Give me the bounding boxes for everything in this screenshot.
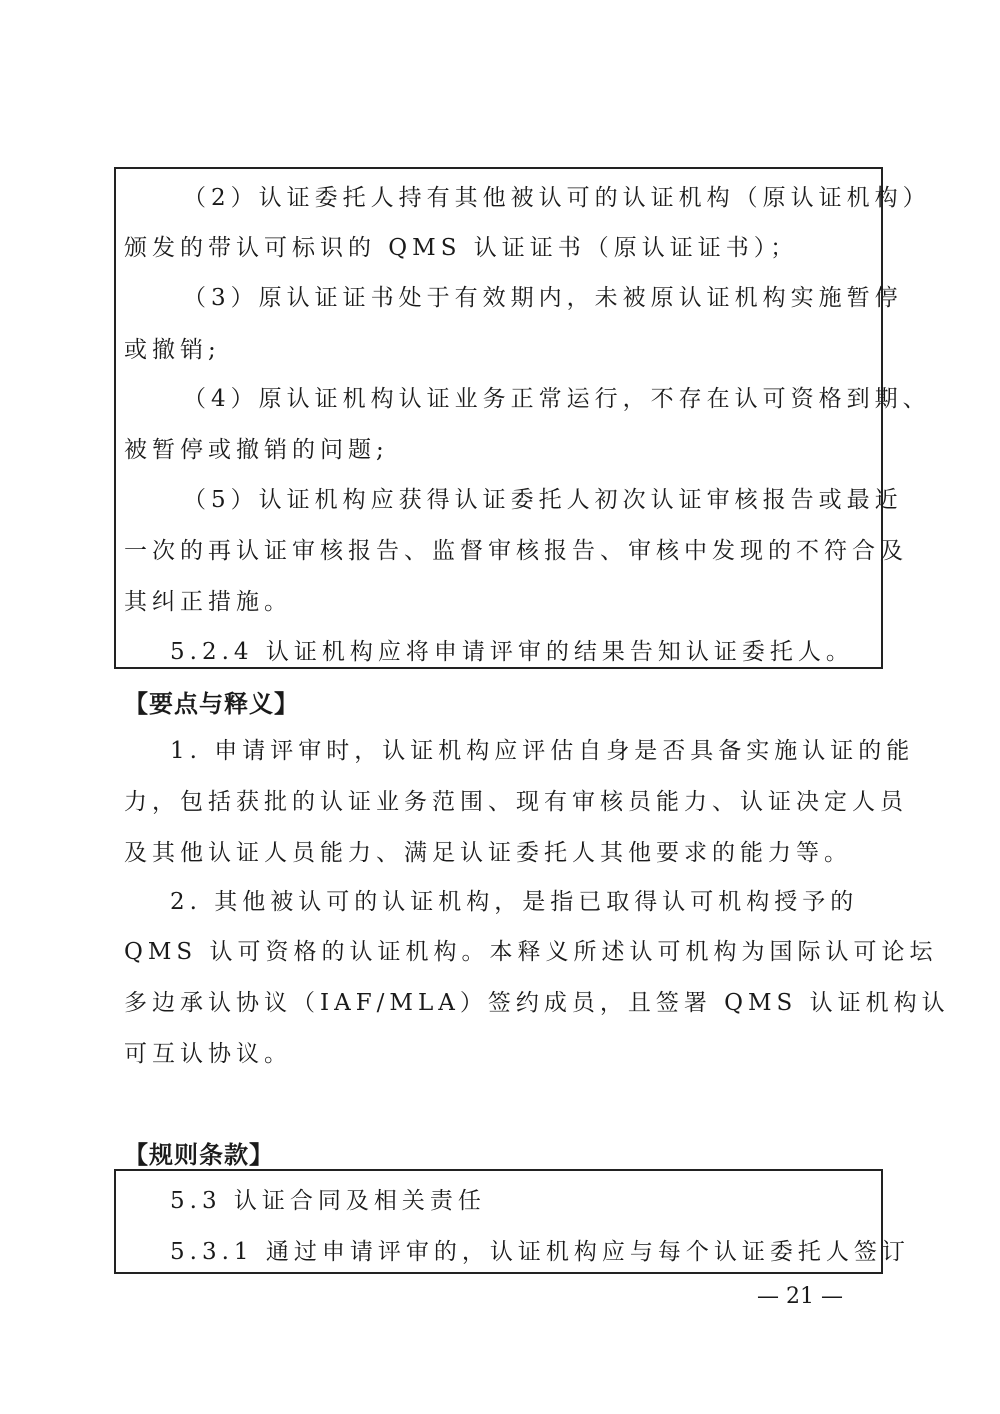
paragraph-line: 2. 其他被认可的认证机构，是指已取得认可机构授予的 (170, 887, 858, 917)
section-heading-key-points: 【要点与释义】 (124, 684, 299, 719)
rule-line: （3）原认证证书处于有效期内，未被原认证机构实施暂停 (183, 283, 903, 313)
rule-line: 被暂停或撤销的问题; (124, 435, 389, 465)
rule-line: （5）认证机构应获得认证委托人初次认证审核报告或最近 (183, 485, 903, 515)
paragraph-line: 及其他认证人员能力、满足认证委托人其他要求的能力等。 (124, 838, 852, 868)
rule-line: （2）认证委托人持有其他被认可的认证机构（原认证机构） (183, 183, 931, 213)
rule-line: （4）原认证机构认证业务正常运行，不存在认可资格到期、 (183, 384, 931, 414)
paragraph-line: 1. 申请评审时，认证机构应评估自身是否具备实施认证的能 (170, 736, 914, 766)
paragraph-line: QMS 认可资格的认证机构。本释义所述认可机构为国际认可论坛 (124, 937, 937, 967)
rule-line: 5.2.4 认证机构应将申请评审的结果告知认证委托人。 (170, 637, 854, 667)
paragraph-line: 多边承认协议（IAF/MLA）签约成员，且签署 QMS 认证机构认 (124, 988, 950, 1018)
rule-line: 其纠正措施。 (124, 587, 292, 617)
rule-line: 一次的再认证审核报告、监督审核报告、审核中发现的不符合及 (124, 536, 908, 566)
paragraph-line: 力，包括获批的认证业务范围、现有审核员能力、认证决定人员 (124, 787, 908, 817)
paragraph-line: 可互认协议。 (124, 1039, 292, 1069)
section-heading-rules: 【规则条款】 (124, 1135, 274, 1170)
rule-line: 5.3.1 通过申请评审的，认证机构应与每个认证委托人签订 (170, 1237, 910, 1267)
page-number: — 21 — (757, 1284, 843, 1309)
rule-line: 颁发的带认可标识的 QMS 认证证书（原认证证书）； (124, 233, 798, 263)
rule-line: 5.3 认证合同及相关责任 (170, 1186, 486, 1216)
rule-line: 或撤销; (124, 335, 221, 365)
